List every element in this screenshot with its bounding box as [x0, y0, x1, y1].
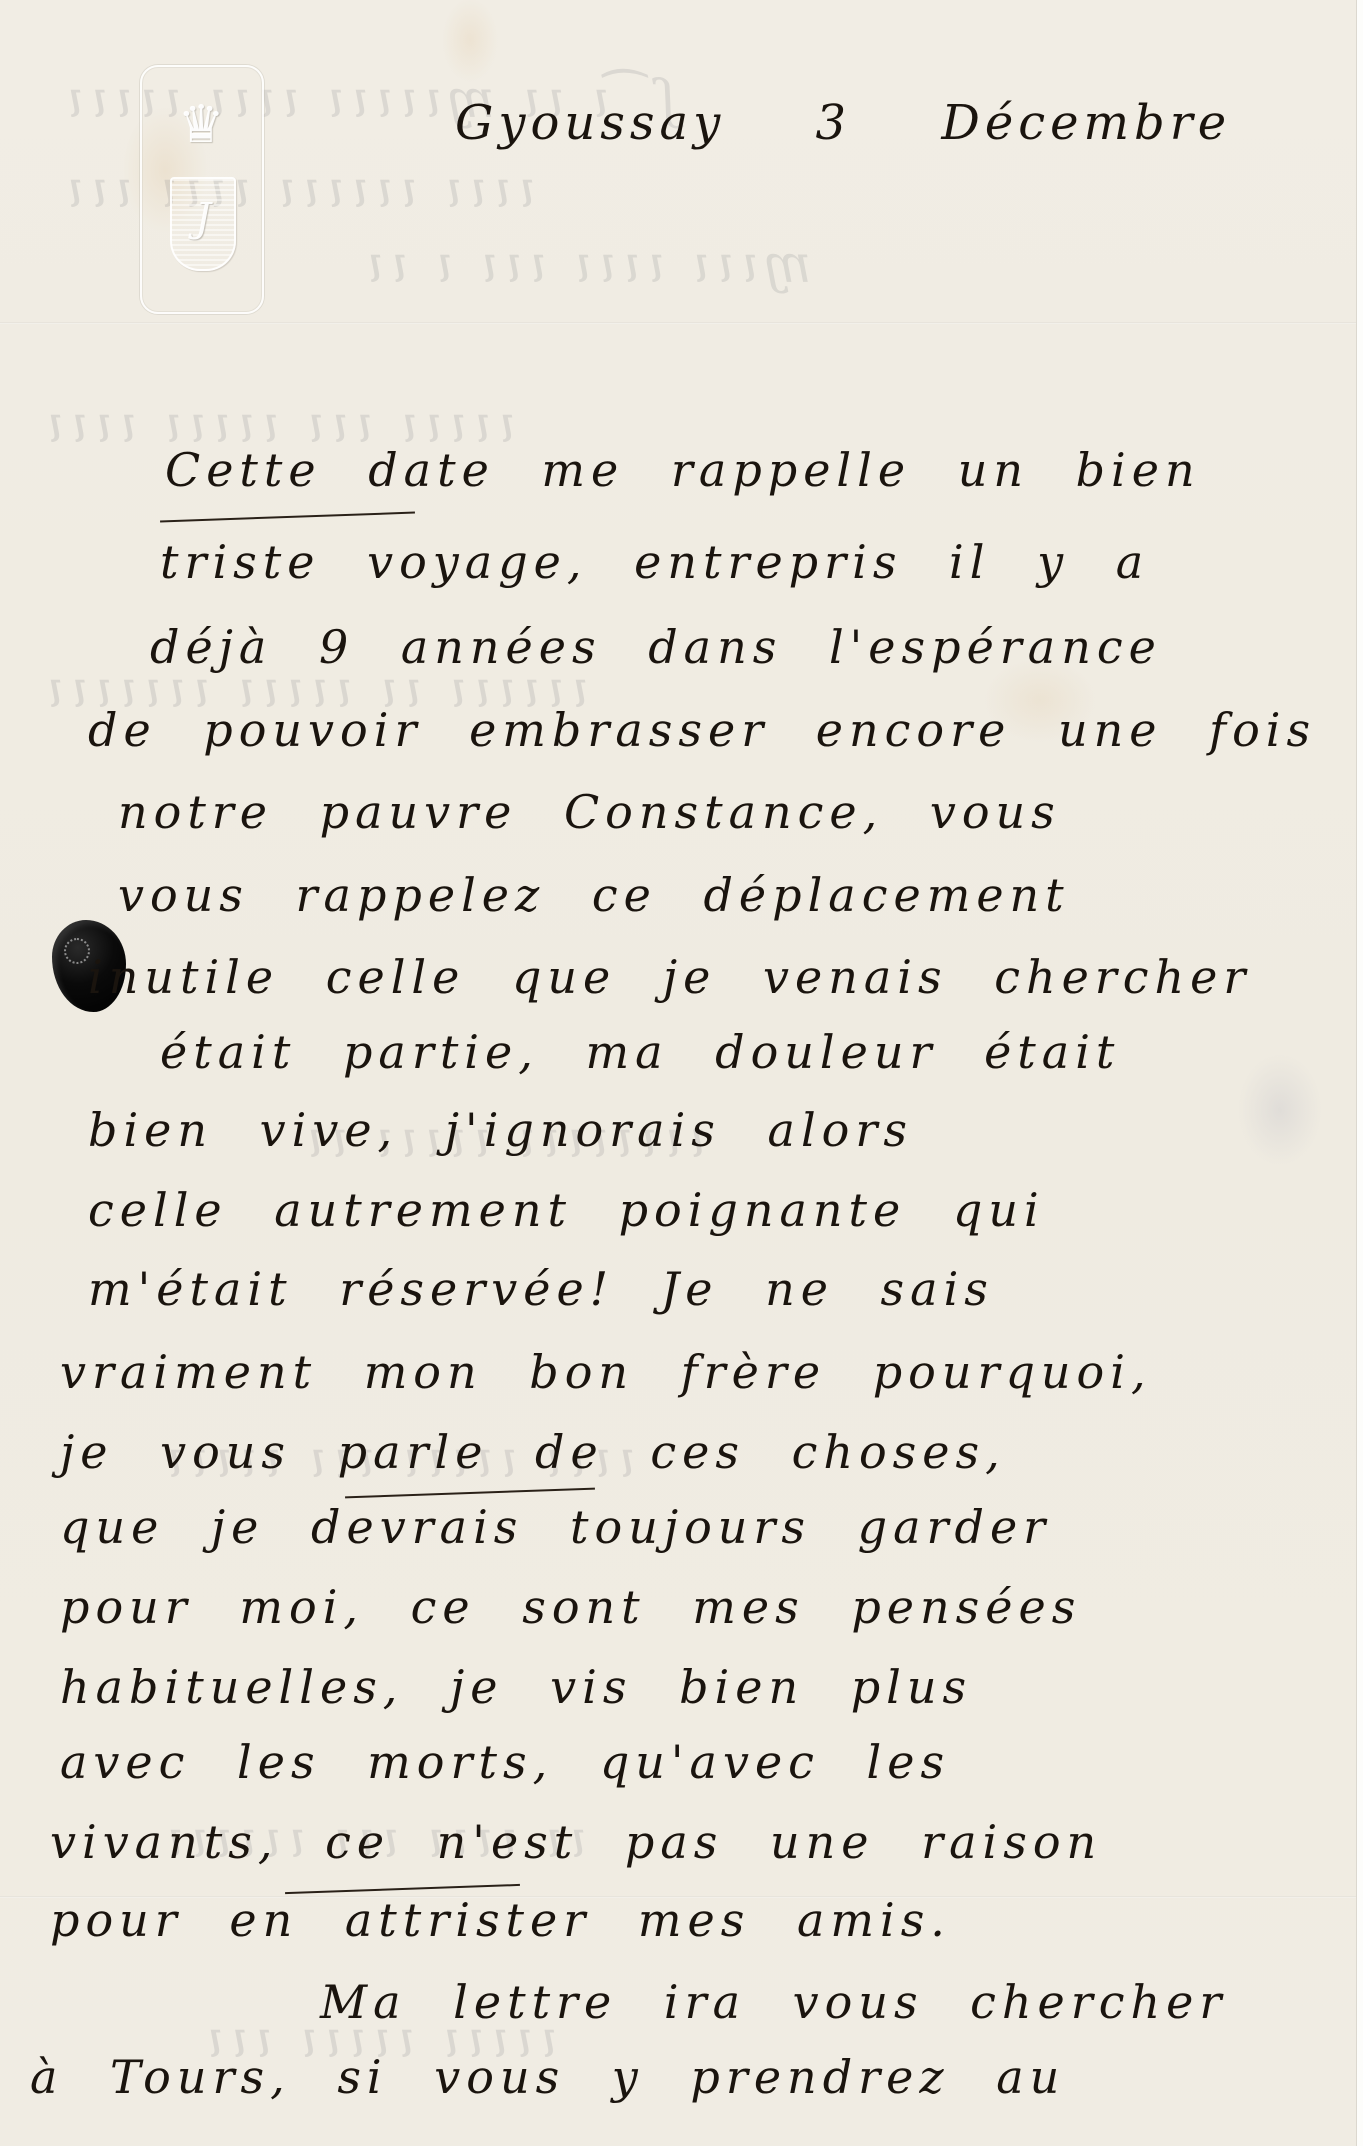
letter-line: vivants, ce n'est pas une raison [50, 1815, 1102, 1869]
letter-line: vraiment mon bon frère pourquoi, [60, 1345, 1152, 1399]
page-edge [1356, 0, 1363, 2146]
letter-page: ʃ⁀ɩ ɩɩ ɱɩɩɩɩɩ ɩɩɩɩ ɩɩɩɩɩ ɩɩɩɩ ɩɩɩɩɩɩ ɩɩɩ… [0, 0, 1356, 2146]
letter-line: que je devrais toujours garder [60, 1500, 1051, 1554]
letter-line: Cette date me rappelle un bien [165, 443, 1201, 497]
letter-line: bien vive, j'ignorais alors [88, 1103, 913, 1157]
letter-line: notre pauvre Constance, vous [118, 785, 1061, 839]
bleed-through-text: ɩɩɩɩ ɩɩɩɩɩɩ ɩɩɩɩ ɩɩɩ [60, 160, 536, 220]
letter-line: triste voyage, entrepris il y a [160, 535, 1149, 589]
letter-line: je vous parle de ces choses, [60, 1425, 1006, 1479]
shield-icon: J [170, 177, 236, 271]
heading-day: 3 [816, 95, 852, 151]
letter-line: vous rappelez ce déplacement [118, 868, 1070, 922]
paper-fold-line [0, 322, 1356, 324]
letter-line: m'était réservée! Je ne sais [88, 1262, 994, 1316]
letter-line: avec les morts, qu'avec les [60, 1735, 950, 1789]
letter-line: à Tours, si vous y prendrez au [30, 2050, 1065, 2104]
letter-line: de pouvoir embrasser encore une fois [88, 703, 1316, 757]
letter-heading: Gyoussay 3 Décembre [455, 95, 1231, 151]
underline-mark [160, 512, 415, 523]
letter-line: était partie, ma douleur était [160, 1025, 1120, 1079]
letter-line: déjà 9 années dans l'espérance [150, 620, 1162, 674]
letter-line: Ma lettre ira vous chercher [320, 1975, 1227, 2029]
letter-line: inutile celle que je venais chercher [88, 950, 1251, 1004]
underline-mark [345, 1488, 595, 1499]
letter-line: pour en attrister mes amis. [50, 1893, 951, 1947]
bleed-through-text: ɱɩɩɩ ɩɩɩɩ ɩɩɩ ɩ ɩɩ [360, 235, 812, 295]
heading-month: Décembre [941, 95, 1231, 151]
heading-place: Gyoussay [455, 95, 725, 151]
crest-monogram: J [172, 195, 234, 241]
letter-line: celle autrement poignante qui [88, 1183, 1045, 1237]
letter-line: habituelles, je vis bien plus [60, 1660, 972, 1714]
letter-line: pour moi, ce sont mes pensées [60, 1580, 1081, 1634]
embossed-crest: ♛ J [140, 65, 264, 314]
crown-icon: ♛ [164, 97, 238, 153]
